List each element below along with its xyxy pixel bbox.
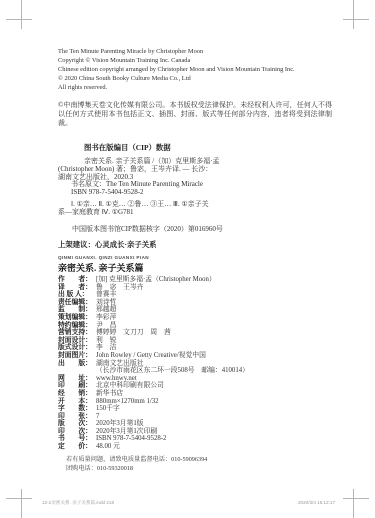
credit-label: 版 次：: [58, 420, 96, 428]
cip-entry: 亲密关系. 亲子关系篇 /（加）克里斯多福·孟 (Christopher Moo…: [58, 158, 314, 217]
credit-row-word-count: 字 数：150千字: [58, 405, 358, 413]
colophon-page: The Ten Minute Parenting Miracle by Chri…: [0, 0, 375, 518]
credit-value: 曾赛丰: [96, 291, 116, 298]
cip-heading: 图书在版编目（CIP）数据: [84, 142, 171, 153]
crop-mark-top-right-h: [343, 19, 369, 20]
book-title-pinyin: QINMI GUANXI. QINZI GUANXI PIAN: [58, 255, 149, 260]
credit-value: www.hnwy.net: [96, 375, 137, 382]
copyright-line: © 2020 China South Booky Culture Media C…: [58, 74, 358, 83]
english-copyright-block: The Ten Minute Parenting Miracle by Chri…: [58, 47, 358, 92]
book-title: 亲密关系. 亲子关系篇: [58, 261, 144, 274]
credit-label: 经 销：: [58, 390, 96, 398]
credit-value: ISBN 978-7-5404-9528-2: [96, 435, 166, 442]
credit-row-publisher: 出 版：湖南文艺出版社: [58, 360, 358, 368]
credit-label: 封面图片：: [58, 352, 96, 360]
crop-mark-bottom-right-h: [343, 498, 369, 499]
credit-value: 鲁 宓 王岑卉: [96, 284, 144, 291]
credit-label: 营销支持：: [58, 329, 96, 337]
credit-value: 150千字: [96, 405, 120, 412]
credit-label: 印 刷：: [58, 382, 96, 390]
credit-value: John Rowley / Getty Creative/视觉中国: [96, 352, 206, 359]
credit-label: 书 号：: [58, 435, 96, 443]
credit-row-edition: 版 次：2020年3月第1版: [58, 420, 358, 428]
credit-value: 李 洁: [96, 344, 116, 351]
credit-value: 北京中科印刷有限公司: [96, 382, 164, 389]
credit-label: 作 者：: [58, 276, 96, 284]
credit-label: 监 制：: [58, 306, 96, 314]
credit-value: 880mm×1270mm 1/32: [96, 398, 159, 405]
credit-value: 刘诗哲: [96, 299, 116, 306]
shelving-advice: 上架建议：心灵成长·亲子关系: [58, 239, 157, 250]
chinese-rights-notice: ©中南博集天卷文化传媒有限公司。本书版权受法律保护。未经权利人许可，任何人不得以…: [58, 101, 332, 127]
credit-value: （长沙市雨花区东二环一段508号 邮编：410014）: [96, 367, 249, 374]
credit-row-producer: 监 制：邢越超: [58, 306, 358, 314]
service-notes: 若有质量问题，请致电质量监督电话：010-59096394 团购电话：010-5…: [66, 456, 207, 473]
credits-list: 作 者：[加] 克里斯多福·孟（Christopher Moon） 译 者：鲁 …: [58, 276, 358, 451]
credit-label: 出 版 人：: [58, 291, 96, 299]
crop-mark-top-right-v: [353, 0, 354, 29]
credit-row-author: 作 者：[加] 克里斯多福·孟（Christopher Moon）: [58, 276, 358, 284]
proof-footer-timestamp: 2020/3/4 15:12:17: [298, 500, 335, 505]
copyright-line: Copyright © Vision Mountain Training Inc…: [58, 56, 358, 65]
quality-hotline-note: 若有质量问题，请致电质量监督电话：010-59096394: [66, 456, 207, 465]
credit-value: 湖南文艺出版社: [96, 360, 144, 367]
credit-value: 李彩萍: [96, 314, 116, 321]
credit-value: 新华书店: [96, 390, 123, 397]
credit-row-distributor: 经 销：新华书店: [58, 390, 358, 398]
credit-row-marketing: 营销支持：傅婷婷 文刀刀 周 茜: [58, 329, 358, 337]
credit-value: 2020年3月第1版: [96, 420, 144, 427]
crop-mark-top-left-h: [6, 19, 32, 20]
credit-value: 7: [96, 413, 99, 420]
credit-label: 版式设计：: [58, 344, 96, 352]
crop-mark-bottom-right-v: [353, 489, 354, 518]
credit-value: 2020年3月第1次印刷: [96, 428, 157, 435]
credit-row-format: 开 本：880mm×1270mm 1/32: [58, 398, 358, 406]
credit-row-isbn: 书 号：ISBN 978-7-5404-9528-2: [58, 435, 358, 443]
cip-line: 系—家庭教育 Ⅳ. ①G781: [58, 209, 314, 217]
credit-value: 利 锐: [96, 337, 116, 344]
credit-row-publisher-person: 出 版 人：曾赛丰: [58, 291, 358, 299]
group-purchase-note: 团购电话：010-59320018: [66, 465, 207, 474]
credit-row-layout-design: 版式设计：李 洁: [58, 344, 358, 352]
cip-record-number: 中国版本图书馆CIP数据核字（2020）第016960号: [72, 224, 223, 234]
credit-value: 尹 昌: [96, 322, 116, 329]
credit-row-publisher-address: （长沙市雨花区东二环一段508号 邮编：410014）: [58, 367, 358, 375]
credit-row-price: 定 价：48.00 元: [58, 443, 358, 451]
proof-footer-filename: 12-2亲密关系. 亲子关系篇.indd 218: [42, 500, 114, 506]
credit-row-printer: 印 刷：北京中科印刷有限公司: [58, 382, 358, 390]
copyright-line: Chinese edition copyright arranged by Ch…: [58, 65, 358, 74]
crop-mark-bottom-left-h: [6, 498, 32, 499]
credit-row-cover-image: 封面图片：John Rowley / Getty Creative/视觉中国: [58, 352, 358, 360]
crop-mark-top-left-v: [21, 0, 22, 29]
credit-label: 出 版：: [58, 360, 96, 368]
crop-mark-bottom-left-v: [21, 489, 22, 518]
credit-label: 定 价：: [58, 443, 96, 451]
cip-line: ISBN 978-7-5404-9528-2: [71, 189, 314, 197]
credit-label: 字 数：: [58, 405, 96, 413]
copyright-line: The Ten Minute Parenting Miracle by Chri…: [58, 47, 358, 56]
credit-value: 傅婷婷 文刀刀 周 茜: [96, 329, 171, 336]
credit-row-planning-editor: 策划编辑：李彩萍: [58, 314, 358, 322]
credit-label: 开 本：: [58, 398, 96, 406]
copyright-line: All rights reserved.: [58, 83, 358, 92]
credit-label: 策划编辑：: [58, 314, 96, 322]
credit-value: [加] 克里斯多福·孟（Christopher Moon）: [96, 276, 216, 283]
credit-value: 48.00 元: [96, 443, 120, 450]
credit-value: 邢越超: [96, 306, 116, 313]
